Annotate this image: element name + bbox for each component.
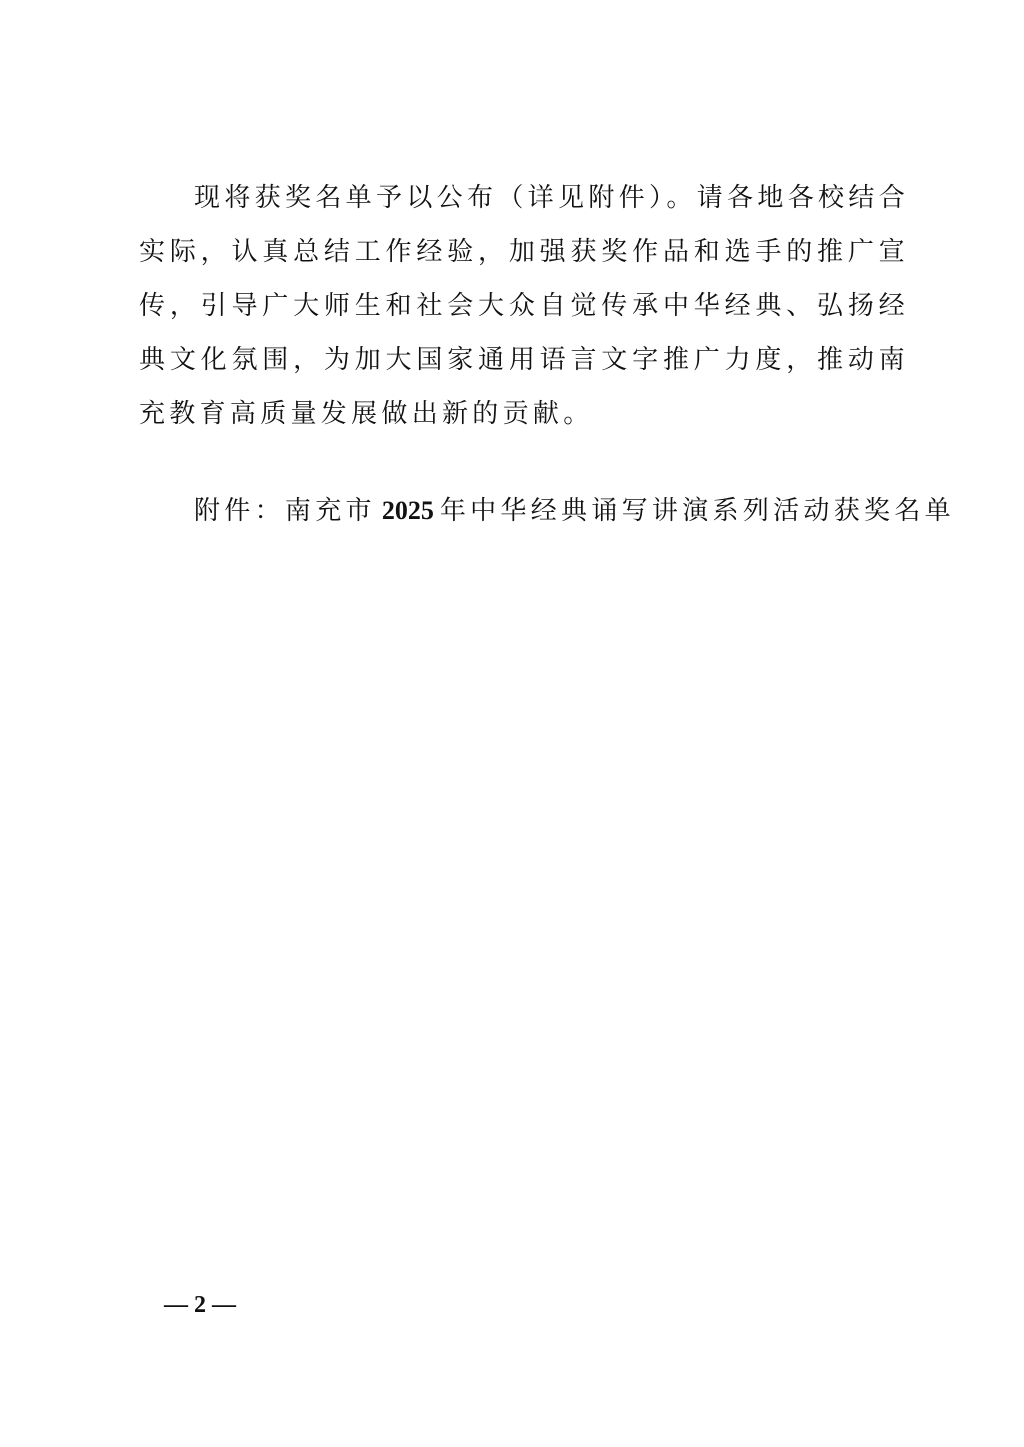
attachment-year: 2025 [382, 496, 434, 525]
attachment-prefix: 附件：南充市 [194, 496, 376, 526]
document-page: 现将获奖名单予以公布（详见附件）。请各地各校结合实际，认真总结工作经验，加强获奖… [0, 0, 1024, 1447]
attachment-line: 附件：南充市2025年中华经典诵写讲演系列活动获奖名单 [194, 491, 914, 531]
attachment-suffix: 年中华经典诵写讲演系列活动获奖名单 [440, 496, 955, 526]
body-paragraph: 现将获奖名单予以公布（详见附件）。请各地各校结合实际，认真总结工作经验，加强获奖… [139, 171, 909, 441]
page-number: — 2 — [164, 1290, 236, 1320]
